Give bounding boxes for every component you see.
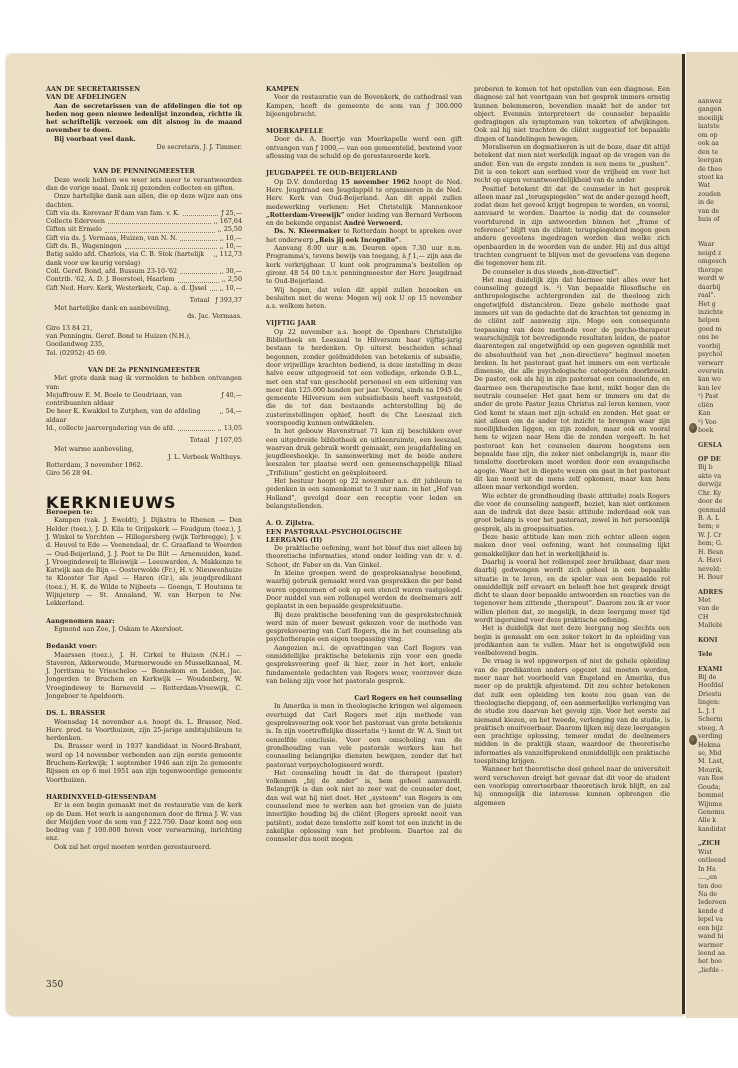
vijftig-p3: Het bestuur hoopt op 22 november a.s. di… xyxy=(266,478,462,511)
facing-line: W. J. Cr xyxy=(698,532,738,540)
facing-line: ²) Voo xyxy=(698,419,738,427)
facing-line: Genomu xyxy=(698,809,738,817)
col3-p4: De counseler is dus steeds „non-directie… xyxy=(474,269,670,277)
facing-line xyxy=(698,225,738,233)
heading-afdelingen: VAN DE AFDELINGEN xyxy=(46,94,242,102)
ledger-entry: Batig saldo afd. Charlois, via C. B. Sto… xyxy=(46,251,242,268)
kampen-body: Voor de restauratie van de Bovenkerk, de… xyxy=(266,94,462,119)
donation-ledger-2: Mejuffrouw E. M. Boele te Goudriaan, van… xyxy=(46,392,242,433)
col3-p1: proberen te komen tot het opstellen van … xyxy=(474,86,670,144)
column-3: proberen te komen tot het opstellen van … xyxy=(474,86,670,808)
facing-line: Tele xyxy=(698,651,738,659)
heading-2e-penningmeester: VAN DE 2e PENNINGMEESTER xyxy=(46,367,242,375)
beroepen-text: Kampen (vak. J. Ewoldt), J. Dijkstra te … xyxy=(46,517,242,608)
facing-line: L. J. I xyxy=(698,708,738,716)
facing-line: verding xyxy=(698,733,738,741)
facing-line: neigd z xyxy=(698,250,738,258)
facing-line: hem; e xyxy=(698,523,738,531)
facing-line: derwijz xyxy=(698,481,738,489)
facing-line: lingen: xyxy=(698,699,738,707)
facing-line: Alle k xyxy=(698,817,738,825)
book-gutter xyxy=(682,54,685,1014)
ledger-total: Totaal ƒ 393,37 xyxy=(46,297,242,305)
facing-line: raal". xyxy=(698,292,738,300)
ledger-entry: Gift via ds. J. Vermaas, Huizen, van N. … xyxy=(46,235,242,243)
facing-line: laatste xyxy=(698,123,738,131)
facing-line: Mallebi xyxy=(698,622,738,630)
ledger-entry: Mejuffrouw E. M. Boele te Goudriaan, van… xyxy=(46,392,242,409)
facing-line: genmald xyxy=(698,507,738,515)
facing-line: B. A. L xyxy=(698,515,738,523)
facing-line: goed m xyxy=(698,326,738,334)
facing-line: warmer xyxy=(698,942,738,950)
facing-line xyxy=(698,233,738,241)
heading-penningmeester: VAN DE PENNINGMEESTER xyxy=(46,168,242,176)
hardinxveld-p1: Er is een begin gemaakt met de restaurat… xyxy=(46,802,242,843)
facing-line: voorbij xyxy=(698,343,738,351)
facing-line: omgesch xyxy=(698,258,738,266)
bedankt-label: Bedankt voor: xyxy=(46,643,242,651)
penningmeester-intro1: Deze week hebben we weer iets meer te ve… xyxy=(46,177,242,194)
facing-line: daarbij xyxy=(698,284,738,292)
facing-line: moeilijk xyxy=(698,115,738,123)
facing-line: overwin xyxy=(698,368,738,376)
facing-line: kan wo xyxy=(698,376,738,384)
facing-line: therape xyxy=(698,267,738,275)
aangenomen-label: Aangenomen naar: xyxy=(46,618,242,626)
facing-line: se, Mid xyxy=(698,750,738,758)
donation-ledger: Gift via ds. Korevaar R'dam van fam. v. … xyxy=(46,210,242,293)
kerknieuws-title: KERKNIEUWS xyxy=(46,499,242,507)
column-1: AAN DE SECRETARISSEN VAN DE AFDELINGEN A… xyxy=(46,86,242,852)
col3-p11: Wanneer het theoretische deel geheel naa… xyxy=(474,766,670,807)
penningmeester2-giro: Giro 56 28 94. xyxy=(46,470,242,478)
facing-line: lepel va xyxy=(698,916,738,924)
facing-line: Bij de xyxy=(698,674,738,682)
ledger-entry: De heer K. Kwakkel te Zutphen, van de af… xyxy=(46,408,242,425)
ledger-entry: Gift via ds. Korevaar R'dam van fam. v. … xyxy=(46,210,242,218)
facing-line: „ZICH xyxy=(698,840,738,848)
col3-p6: Wie echter de grondhouding (basic attitu… xyxy=(474,493,670,534)
facing-line: OP DE xyxy=(698,456,738,464)
facing-line: van de xyxy=(698,605,738,613)
facing-line: in de xyxy=(698,199,738,207)
facing-line: helpen xyxy=(698,317,738,325)
facing-line: zouden xyxy=(698,191,738,199)
facing-line: cliën xyxy=(698,402,738,410)
facing-line: Chr. Ky xyxy=(698,490,738,498)
facing-line: neveld; xyxy=(698,566,738,574)
col3-p9: Het is duidelijk dat met deze leergang n… xyxy=(474,625,670,658)
vijftig-p1: Op 22 november a.s. hoopt de Openbare Ch… xyxy=(266,329,462,429)
facing-line: ADRES xyxy=(698,589,738,597)
facing-line: H. Besn xyxy=(698,549,738,557)
penningmeester2-closing: Met warme aanbeveling, xyxy=(46,446,242,454)
facing-line: H. Bour xyxy=(698,574,738,582)
thumb-icon xyxy=(689,735,697,745)
heading-brasser: DS. L. BRASSER xyxy=(46,710,242,718)
leergang-p2: In kleine groepen werd de gespreksanalys… xyxy=(266,570,462,611)
thumb-icon xyxy=(689,423,697,433)
leergang-p6: Het counseling houdt in dat de therapeut… xyxy=(266,770,462,845)
facing-line: „liefde - xyxy=(698,967,738,975)
facing-line: ons be xyxy=(698,334,738,342)
penningmeester2-intro: Met grote dank mag ik vermelden te hebbe… xyxy=(46,375,242,392)
jeugdappel-p3: Aanvang 8.00 uur n.m. Deuren open 7.30 u… xyxy=(266,245,462,286)
leergang-p1: De praktische oefening, want het bleef d… xyxy=(266,545,462,570)
facing-line: Waar xyxy=(698,241,738,249)
facing-line: door de xyxy=(698,498,738,506)
facing-line: KONI xyxy=(698,637,738,645)
facing-line: bommel xyxy=(698,792,738,800)
facing-line: steeg, A xyxy=(698,725,738,733)
facing-line: ook aa xyxy=(698,140,738,148)
col3-p3: Positief betekent dit dat de counseler i… xyxy=(474,186,670,269)
facing-line: om op xyxy=(698,132,738,140)
facing-page-edge: aanwezgangenmoeilijklaatsteom opook aade… xyxy=(686,52,738,1018)
facing-line: M. Last, xyxy=(698,758,738,766)
moerkapelle-body: Door ds. A. Boertje van Moerkapelle werd… xyxy=(266,136,462,161)
facing-line: Hekma xyxy=(698,742,738,750)
leergang-p5: In Amerika is men in theologische kringe… xyxy=(266,703,462,769)
heading-leergang-2: LEERGANG (II) xyxy=(266,537,462,545)
vijftig-p2: In het gebouw Havenstraat 71 kan zij bes… xyxy=(266,428,462,478)
heading-secretarissen: AAN DE SECRETARISSEN xyxy=(46,86,242,94)
facing-line: Iedereen xyxy=(698,899,738,907)
bedankt-text: Maarssen (toez.), J. H. Cirkel te Huizen… xyxy=(46,652,242,702)
column-2: KAMPEN Voor de restauratie van de Bovenk… xyxy=(266,86,462,845)
facing-line: boek xyxy=(698,427,738,435)
facing-line: Kan xyxy=(698,410,738,418)
facing-line: het hoo xyxy=(698,958,738,966)
facing-line: Wist xyxy=(698,849,738,857)
ledger2-total: Totaal ƒ 107,05 xyxy=(46,437,242,445)
leergang-author: A. O. Zijlstra. xyxy=(266,520,462,528)
facing-line: kan lev xyxy=(698,385,738,393)
ledger-entry: Id., collecte jaarvergadering van de afd… xyxy=(46,425,242,433)
address-line: Gooilandweg 235, xyxy=(46,341,242,349)
facing-line: huis of xyxy=(698,216,738,224)
facing-line: ¹) Past xyxy=(698,393,738,401)
facing-line: akte va xyxy=(698,473,738,481)
secretarissen-signature: De secretaris, J. J. Timmer. xyxy=(46,144,242,152)
facing-line: Het g xyxy=(698,301,738,309)
ledger-entry: Coll. Geref. Bond, afd. Bussum 23-10-'62… xyxy=(46,268,242,276)
facing-line: stoot ka xyxy=(698,174,738,182)
facing-line: kende d xyxy=(698,908,738,916)
brasser-p1: Woensdag 14 november a.s. hoopt ds. L. B… xyxy=(46,719,242,744)
facing-line: GESLA xyxy=(698,442,738,450)
facing-line: psychol xyxy=(698,351,738,359)
facing-line: gangen xyxy=(698,106,738,114)
col3-p5: Het mag duidelijk zijn dat hiermee niet … xyxy=(474,277,670,493)
facing-line: In Ha xyxy=(698,866,738,874)
col3-p10: De vraag is wel opgeworpen of niet de ge… xyxy=(474,658,670,766)
leergang-p3: Bij deze praktische beoefening van de ge… xyxy=(266,612,462,645)
facing-line: A. Havi xyxy=(698,557,738,565)
facing-line: aanwez xyxy=(698,98,738,106)
facing-line: van de xyxy=(698,208,738,216)
facing-line: den te xyxy=(698,149,738,157)
ledger-entry: Contrib. '62, A. D. J. Boerstoel, Haarle… xyxy=(46,276,242,284)
heading-vijftig-jaar: VIJFTIG JAAR xyxy=(266,320,462,328)
facing-line: verwarr xyxy=(698,360,738,368)
facing-line: de theo xyxy=(698,166,738,174)
penningmeester2-signature: J. L. Verbeek Wolthuys. xyxy=(46,454,242,462)
facing-line: hem; G. xyxy=(698,540,738,548)
facing-line: leend aa xyxy=(698,950,738,958)
facing-line: Wijnma xyxy=(698,801,738,809)
col3-p2: Moraliseren en dogmatiseren is uit de bo… xyxy=(474,144,670,185)
facing-line: CH xyxy=(698,614,738,622)
facing-line: Bij b xyxy=(698,464,738,472)
heading-jeugdappel: JEUGDAPPÈL TE OUD-BEIJERLAND xyxy=(266,170,462,178)
facing-line: ontleend xyxy=(698,857,738,865)
jeugdappel-p2: Ds. N. Kleermaker te Rotterdam hoopt te … xyxy=(266,228,462,245)
page-number: 350 xyxy=(46,980,63,990)
facing-line: Met xyxy=(698,597,738,605)
facing-line: Gouda; xyxy=(698,784,738,792)
col3-p8: Daarbij is vooral het rollenspel zeer br… xyxy=(474,559,670,625)
penningmeester-intro2: Onze hartelijke dank aan allen, die op d… xyxy=(46,193,242,210)
address-line: Tel. (02952) 45 69. xyxy=(46,350,242,358)
ledger-entry: Gift Ned. Herv. Kerk, Westerkerk, Cap. a… xyxy=(46,285,242,293)
facing-line: Mourik, xyxy=(698,767,738,775)
secretarissen-body: Aan de secretarissen van de afdelingen d… xyxy=(46,103,242,136)
address-line: Giro 13 84 21, xyxy=(46,325,242,333)
facing-line: van Ree xyxy=(698,775,738,783)
facing-line: een bijz xyxy=(698,925,738,933)
leergang-p4: Aangezien m.i. de opvattingen van Carl R… xyxy=(266,645,462,686)
penningmeester-signature: ds. Jac. Vermaas. xyxy=(46,313,242,321)
facing-line: Driestu xyxy=(698,691,738,699)
ledger-entry: Giften uit Ermelo,, 25,50 xyxy=(46,226,242,234)
facing-line: ten doo xyxy=(698,883,738,891)
facing-line: ....„en xyxy=(698,874,738,882)
brasser-p2: Ds. Brasser werd in 1937 kandidaat in No… xyxy=(46,743,242,784)
facing-line: Wat xyxy=(698,182,738,190)
facing-line: Hoofdal xyxy=(698,682,738,690)
jeugdappel-p1: Op D.V. donderdag 15 november 1962 hoopt… xyxy=(266,179,462,229)
hardinxveld-p2: Ook zal het orgel moeten worden gerestau… xyxy=(46,844,242,852)
facing-line: EXAMI xyxy=(698,666,738,674)
facing-page-text: aanwezgangenmoeilijklaatsteom opook aade… xyxy=(698,98,738,975)
facing-line: leergan xyxy=(698,157,738,165)
secretarissen-thanks: Bij voorbaat veel dank. xyxy=(46,136,242,144)
aangenomen-text: Egmond aan Zee, J. Oskam te Akersloot. xyxy=(46,626,242,634)
facing-line: wand hi xyxy=(698,933,738,941)
facing-line: Scherm xyxy=(698,716,738,724)
col3-p7: Deze basic attitude kan men zich echter … xyxy=(474,534,670,559)
facing-line: inzichte xyxy=(698,309,738,317)
facing-line: wordt w xyxy=(698,275,738,283)
heading-leergang-1: EEN PASTORAAL-PSYCHOLOGISCHE xyxy=(266,529,462,537)
penningmeester-address: Giro 13 84 21,van Penningm. Geref. Bond … xyxy=(46,325,242,358)
facing-line: kandidat xyxy=(698,826,738,834)
facing-line: Na de xyxy=(698,891,738,899)
jeugdappel-p4: Wij hopen, dat velen dit appèl zullen be… xyxy=(266,287,462,312)
